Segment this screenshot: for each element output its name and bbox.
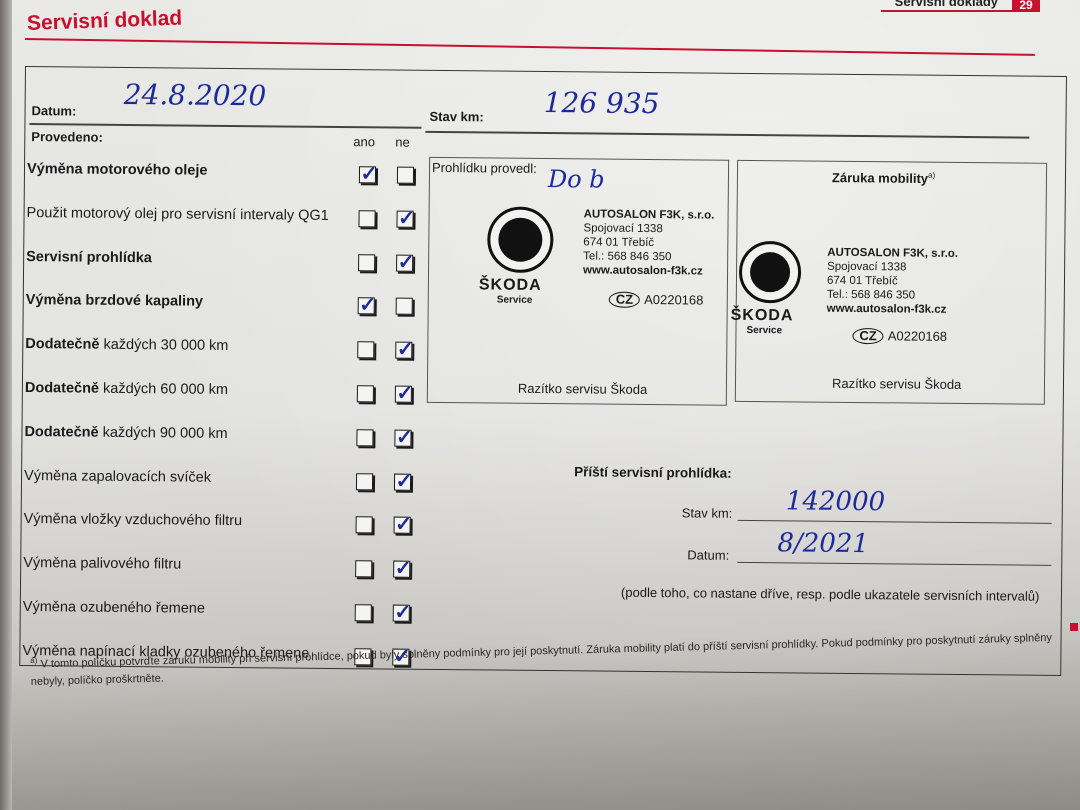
stamp-code: CZA0220168 bbox=[609, 292, 704, 309]
mobility-label: Záruka mobilitya) bbox=[832, 170, 935, 186]
checklist-item-label: Výměna ozubeného řemene bbox=[23, 599, 205, 617]
checkbox-ano[interactable]: ✓ bbox=[358, 298, 375, 315]
checkbox-ne[interactable]: ✓ bbox=[393, 561, 410, 578]
checklist-item-bold: Dodatečně bbox=[24, 424, 98, 441]
inspector-signature[interactable]: Do b bbox=[548, 165, 605, 194]
checkbox-ne[interactable] bbox=[396, 298, 413, 315]
inspector-label: Prohlídku provedl: bbox=[432, 160, 537, 176]
skoda-logo-icon bbox=[739, 241, 802, 304]
checklist-row: Servisní prohlídka✓ bbox=[26, 67, 1066, 77]
performed-label: Provedeno: bbox=[31, 129, 103, 145]
stamp-city: 674 01 Třebíč bbox=[827, 274, 958, 289]
checklist-item-bold: Dodatečně bbox=[25, 336, 99, 353]
checkbox-ne[interactable]: ✓ bbox=[396, 254, 413, 271]
checklist-row: Použit motorový olej pro servisní interv… bbox=[26, 67, 1066, 77]
next-service-note: (podle toho, co nastane dříve, resp. pod… bbox=[621, 585, 1040, 604]
checkbox-ne[interactable]: ✓ bbox=[394, 473, 411, 490]
mobility-box: Záruka mobilitya) ŠKODA Service AUTOSALO… bbox=[735, 160, 1047, 405]
check-mark-icon: ✓ bbox=[397, 211, 415, 226]
check-mark-icon: ✓ bbox=[396, 343, 414, 358]
country-badge: CZ bbox=[852, 328, 883, 344]
date-underline bbox=[29, 123, 421, 128]
stamp-brand-sub: Service bbox=[497, 295, 533, 306]
checklist-row: Výměna napínací kladky ozubeného řemene✓ bbox=[26, 67, 1066, 77]
stamp-brand: ŠKODA bbox=[731, 307, 794, 326]
page-edge-marker bbox=[1070, 623, 1078, 631]
checkbox-ano[interactable] bbox=[355, 604, 372, 621]
next-km-underline bbox=[738, 520, 1052, 524]
checklist-item-text: každých 90 000 km bbox=[99, 425, 228, 442]
col-yes-header: ano bbox=[353, 134, 375, 149]
checklist-item-label: Dodatečně každých 60 000 km bbox=[25, 380, 228, 398]
checklist-item-bold: Výměna motorového oleje bbox=[27, 161, 208, 179]
stamp-caption: Razítko servisu Škoda bbox=[832, 376, 961, 392]
checklist-row: Dodatečně každých 30 000 km✓ bbox=[26, 67, 1066, 77]
skoda-logo-icon bbox=[487, 206, 554, 273]
stamp-phone: Tel.: 568 846 350 bbox=[583, 249, 714, 264]
checkbox-ne[interactable]: ✓ bbox=[395, 342, 412, 359]
stamp-street: Spojovací 1338 bbox=[827, 260, 958, 275]
next-km-label: Stav km: bbox=[682, 505, 733, 520]
running-head: Servisní doklady 29 bbox=[881, 0, 1040, 12]
stamp-address: AUTOSALON F3K, s.r.o. Spojovací 1338 674… bbox=[827, 246, 958, 317]
checklist-item-text: Výměna ozubeného řemene bbox=[23, 599, 205, 617]
stamp-code-value: A0220168 bbox=[644, 292, 703, 308]
next-date-underline bbox=[737, 562, 1051, 566]
title-divider bbox=[25, 38, 1035, 56]
checklist-item-label: Výměna vložky vzduchového filtru bbox=[24, 511, 243, 529]
checklist-item-text: každých 60 000 km bbox=[99, 381, 228, 398]
stamp-brand: ŠKODA bbox=[479, 276, 542, 295]
checklist-item-label: Servisní prohlídka bbox=[26, 249, 152, 266]
stamp-street: Spojovací 1338 bbox=[583, 221, 714, 236]
checkbox-ne[interactable]: ✓ bbox=[396, 210, 413, 227]
checklist-row: Dodatečně každých 60 000 km✓ bbox=[26, 67, 1066, 77]
next-service-title: Příští servisní prohlídka: bbox=[574, 464, 732, 481]
checklist-item-text: Výměna vložky vzduchového filtru bbox=[24, 511, 243, 529]
service-record-page: Servisní doklady 29 Servisní doklad Datu… bbox=[0, 0, 1080, 810]
inspection-box: Prohlídku provedl: Do b ŠKODA Service AU… bbox=[427, 157, 729, 406]
checklist-row: Výměna brzdové kapaliny✓ bbox=[26, 67, 1066, 77]
checklist-item-label: Výměna brzdové kapaliny bbox=[26, 292, 203, 310]
checkbox-ano[interactable] bbox=[358, 254, 375, 271]
country-badge: CZ bbox=[609, 292, 640, 308]
next-km-value[interactable]: 142000 bbox=[786, 486, 886, 517]
page-number: 29 bbox=[1012, 0, 1040, 12]
checkbox-ano[interactable] bbox=[355, 560, 372, 577]
checklist-row: Dodatečně každých 90 000 km✓ bbox=[26, 67, 1066, 77]
checklist-item-label: Dodatečně každých 30 000 km bbox=[25, 336, 228, 354]
col-no-header: ne bbox=[395, 135, 410, 150]
checkbox-ne[interactable]: ✓ bbox=[393, 605, 410, 622]
km-label: Stav km: bbox=[429, 109, 483, 125]
checkbox-ano[interactable]: ✓ bbox=[359, 166, 376, 183]
check-mark-icon: ✓ bbox=[396, 387, 414, 402]
date-label: Datum: bbox=[32, 103, 77, 118]
mobility-footnote-ref: a) bbox=[928, 171, 935, 180]
checklist-item-text: Výměna palivového filtru bbox=[23, 555, 181, 573]
checklist-item-label: Výměna palivového filtru bbox=[23, 555, 181, 573]
checkbox-ano[interactable] bbox=[356, 473, 373, 490]
checklist-item-label: Použit motorový olej pro servisní interv… bbox=[27, 205, 329, 224]
checklist-row: Výměna zapalovacích svíček✓ bbox=[26, 67, 1066, 77]
km-underline bbox=[425, 131, 1029, 138]
stamp-brand-sub: Service bbox=[746, 325, 782, 336]
checkbox-ano[interactable] bbox=[358, 210, 375, 227]
stamp-code: CZA0220168 bbox=[852, 328, 947, 345]
check-mark-icon: ✓ bbox=[360, 167, 378, 182]
checkbox-ne[interactable] bbox=[397, 167, 414, 184]
stamp-company: AUTOSALON F3K, s.r.o. bbox=[827, 246, 958, 261]
checklist-item-text: každých 30 000 km bbox=[99, 337, 228, 354]
stamp-address: AUTOSALON F3K, s.r.o. Spojovací 1338 674… bbox=[583, 207, 714, 278]
book-spine bbox=[0, 0, 12, 810]
stamp-code-value: A0220168 bbox=[888, 328, 947, 344]
stamp-city: 674 01 Třebíč bbox=[583, 235, 714, 250]
next-date-value[interactable]: 8/2021 bbox=[777, 528, 869, 559]
checkbox-ano[interactable] bbox=[356, 517, 373, 534]
checklist-row: Výměna palivového filtru✓ bbox=[26, 67, 1066, 77]
checklist-item-bold: Výměna brzdové kapaliny bbox=[26, 292, 203, 310]
checklist-item-text: Použit motorový olej pro servisní interv… bbox=[27, 205, 329, 224]
checklist-item-label: Dodatečně každých 90 000 km bbox=[24, 424, 227, 442]
date-value[interactable]: 24.8.2020 bbox=[124, 78, 267, 112]
stamp-phone: Tel.: 568 846 350 bbox=[827, 288, 958, 303]
service-checklist: Výměna motorového oleje✓Použit motorový … bbox=[26, 67, 1066, 77]
checklist-item-bold: Servisní prohlídka bbox=[26, 249, 152, 266]
checklist-item-text: Výměna zapalovacích svíček bbox=[24, 468, 211, 486]
checklist-item-label: Výměna zapalovacích svíček bbox=[24, 468, 211, 486]
checklist-row: Výměna vložky vzduchového filtru✓ bbox=[26, 67, 1066, 77]
check-mark-icon: ✓ bbox=[397, 255, 415, 270]
check-mark-icon: ✓ bbox=[395, 474, 413, 489]
check-mark-icon: ✓ bbox=[395, 430, 413, 445]
check-mark-icon: ✓ bbox=[395, 518, 413, 533]
km-value[interactable]: 126 935 bbox=[544, 86, 660, 120]
checkbox-ne[interactable]: ✓ bbox=[395, 386, 412, 403]
stamp-company: AUTOSALON F3K, s.r.o. bbox=[584, 207, 715, 222]
checklist-row: Výměna ozubeného řemene✓ bbox=[26, 67, 1066, 77]
page-title: Servisní doklad bbox=[27, 7, 183, 36]
check-mark-icon: ✓ bbox=[359, 299, 377, 314]
checkbox-ano[interactable] bbox=[357, 341, 374, 358]
next-date-label: Datum: bbox=[687, 547, 729, 562]
service-form: Datum: 24.8.2020 Stav km: 126 935 Proved… bbox=[19, 66, 1067, 676]
checklist-item-label: Výměna motorového oleje bbox=[27, 161, 208, 179]
checkbox-ne[interactable]: ✓ bbox=[394, 517, 411, 534]
checklist-item-bold: Dodatečně bbox=[25, 380, 99, 397]
stamp-web: www.autosalon-f3k.cz bbox=[827, 302, 958, 317]
checkbox-ano[interactable] bbox=[356, 429, 373, 446]
mobility-label-text: Záruka mobility bbox=[832, 170, 928, 186]
stamp-web: www.autosalon-f3k.cz bbox=[583, 263, 714, 278]
checklist-row: Výměna motorového oleje✓ bbox=[26, 67, 1066, 77]
check-mark-icon: ✓ bbox=[394, 606, 412, 621]
checkbox-ano[interactable] bbox=[357, 385, 374, 402]
footnote-marker: a) bbox=[30, 656, 37, 665]
stamp-caption: Razítko servisu Škoda bbox=[518, 381, 647, 397]
check-mark-icon: ✓ bbox=[394, 562, 412, 577]
running-head-title: Servisní doklady bbox=[881, 0, 1012, 12]
checkbox-ne[interactable]: ✓ bbox=[394, 429, 411, 446]
